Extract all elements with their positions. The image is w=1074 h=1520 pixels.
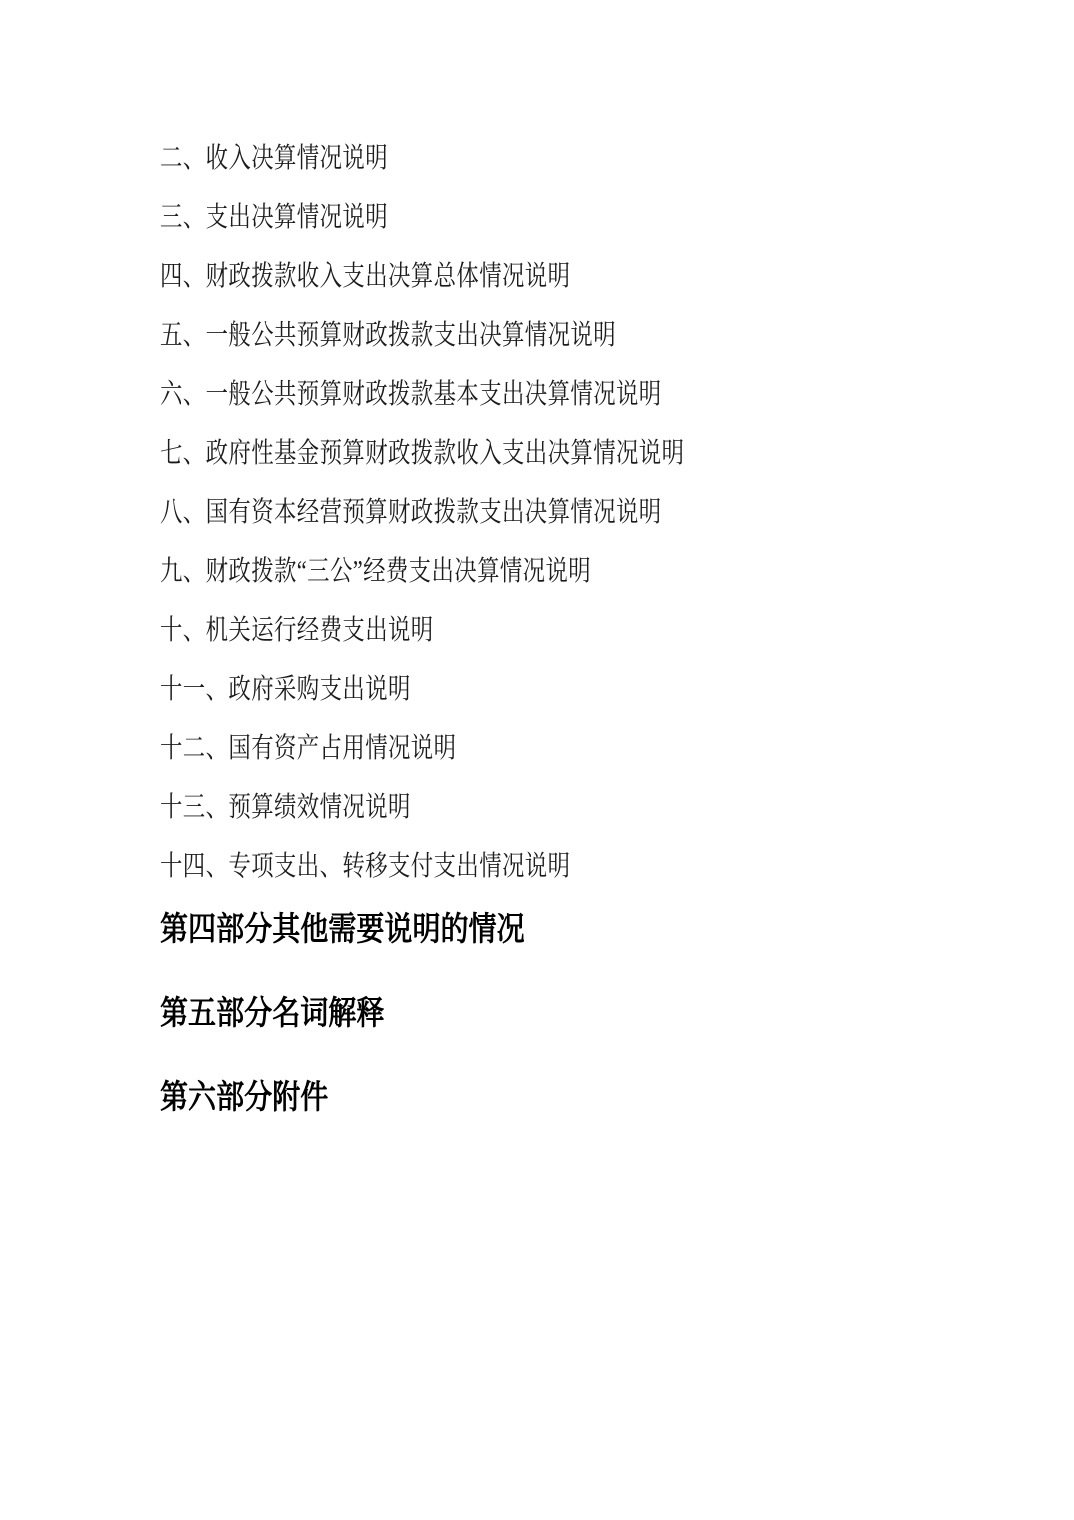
toc-item: 八、国有资本经营预算财政拨款支出决算情况说明: [160, 499, 684, 527]
toc-item: 十、机关运行经费支出说明: [160, 617, 684, 645]
toc-item: 七、政府性基金预算财政拨款收入支出决算情况说明: [160, 440, 684, 468]
document-page: 二、收入决算情况说明 三、支出决算情况说明 四、财政拨款收入支出决算总体情况说明…: [0, 0, 1074, 1520]
toc-item: 九、财政拨款“三公”经费支出决算情况说明: [160, 558, 684, 586]
part-heading-4: 第四部分其他需要说明的情况: [160, 912, 717, 946]
toc-item: 六、一般公共预算财政拨款基本支出决算情况说明: [160, 381, 684, 409]
toc-item: 三、支出决算情况说明: [160, 204, 684, 232]
part-heading-6: 第六部分附件: [160, 1080, 717, 1114]
part-heading-5: 第五部分名词解释: [160, 996, 717, 1030]
toc-item: 十一、政府采购支出说明: [160, 676, 684, 704]
toc-list: 二、收入决算情况说明 三、支出决算情况说明 四、财政拨款收入支出决算总体情况说明…: [160, 145, 816, 881]
toc-item: 二、收入决算情况说明: [160, 145, 684, 173]
toc-item: 四、财政拨款收入支出决算总体情况说明: [160, 263, 684, 291]
toc-item: 十四、专项支出、转移支付支出情况说明: [160, 853, 684, 881]
part-headings: 第四部分其他需要说明的情况 第五部分名词解释 第六部分附件: [160, 912, 816, 1114]
toc-item: 十二、国有资产占用情况说明: [160, 735, 684, 763]
toc-item: 五、一般公共预算财政拨款支出决算情况说明: [160, 322, 684, 350]
toc-content: 二、收入决算情况说明 三、支出决算情况说明 四、财政拨款收入支出决算总体情况说明…: [160, 145, 816, 1164]
toc-item: 十三、预算绩效情况说明: [160, 794, 684, 822]
